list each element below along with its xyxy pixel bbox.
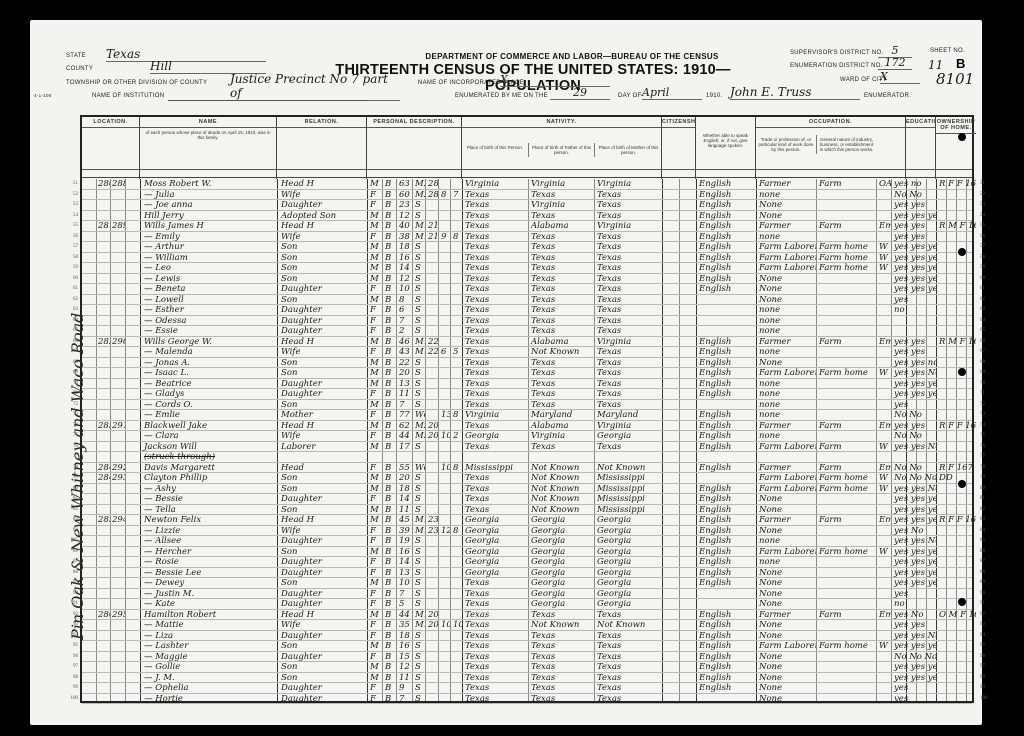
dwelling-number-cell: 285 <box>96 515 110 525</box>
mother-birthplace-cell: Texas <box>595 442 662 452</box>
line-number: 64 <box>980 318 996 323</box>
line-number: 51 <box>62 181 78 186</box>
years-married-cell <box>426 547 438 557</box>
children-born-cell <box>439 652 450 662</box>
children-born-cell <box>439 547 450 557</box>
race-cell: B <box>383 179 396 189</box>
employment-class-cell <box>877 358 891 368</box>
employment-class-cell: W <box>877 242 891 252</box>
ownership-cell <box>937 274 976 284</box>
father-birthplace-cell: Texas <box>529 232 594 242</box>
education-cell: yes yes <box>892 232 936 242</box>
family-number-cell: 289 <box>110 221 125 231</box>
father-birthplace-cell: Alabama <box>529 221 594 231</box>
line-number: 60 <box>62 276 78 281</box>
children-born-cell <box>439 515 450 525</box>
race-cell: B <box>383 211 396 221</box>
ownership-cell <box>937 652 976 662</box>
industry-cell: Farm home <box>817 641 876 651</box>
line-number: 92 <box>980 612 996 617</box>
children-living-cell: 8 <box>451 463 462 473</box>
industry-cell <box>817 589 876 599</box>
marital-status-cell: S <box>413 694 425 704</box>
ownership-cell <box>937 494 976 504</box>
children-born-cell <box>439 337 450 347</box>
children-born-cell <box>439 358 450 368</box>
family-number-cell: 288 <box>110 179 125 189</box>
table-row: — GladysDaughterFB11STexasTexasTexasEngl… <box>82 389 972 400</box>
mother-birthplace-cell: Georgia <box>595 557 662 567</box>
sex-cell: F <box>368 232 382 242</box>
table-row: — MaggieDaughterFB15STexasTexasTexasEngl… <box>82 652 972 663</box>
dwelling-number-cell <box>96 410 110 420</box>
father-birthplace-cell: Not Known <box>529 463 594 473</box>
education-cell: yes yes <box>892 347 936 357</box>
father-birthplace-cell: Georgia <box>529 547 594 557</box>
marital-status-cell: M1 <box>413 620 425 630</box>
industry-cell <box>817 652 876 662</box>
children-born-cell: 10 <box>439 463 450 473</box>
race-cell: B <box>383 200 396 210</box>
marital-status-cell: S <box>413 578 425 588</box>
age-cell: 10 <box>397 578 412 588</box>
state-label: STATE <box>66 53 86 59</box>
language-cell: English <box>697 484 756 494</box>
family-number-cell <box>110 673 125 683</box>
children-living-cell: 7 <box>451 190 462 200</box>
language-cell <box>697 589 756 599</box>
relation-cell: Daughter <box>279 389 365 399</box>
person-name-cell: — Clara <box>142 431 276 441</box>
race-cell: B <box>383 620 396 630</box>
line-number: 93 <box>980 622 996 627</box>
race-cell: B <box>383 316 396 326</box>
mother-birthplace-cell: Texas <box>595 673 662 683</box>
sex-cell: F <box>368 463 382 473</box>
industry-cell <box>817 620 876 630</box>
race-cell: B <box>383 400 396 410</box>
years-married-cell <box>426 599 438 609</box>
table-row: — Justin M.DaughterFB7STexasGeorgiaGeorg… <box>82 589 972 600</box>
father-birthplace-cell: Texas <box>529 673 594 683</box>
years-married-cell: 20 <box>426 421 438 431</box>
person-name-cell: — Odessa <box>142 316 276 326</box>
trade-cell: None <box>757 652 816 662</box>
line-number: 94 <box>980 633 996 638</box>
marital-status-cell: M2 <box>413 421 425 431</box>
ownership-cell <box>937 631 976 641</box>
trade-cell: none <box>757 410 816 420</box>
ownership-cell <box>937 641 976 651</box>
person-name-cell: (struck through) <box>142 452 276 462</box>
years-married-cell: 20 <box>426 620 438 630</box>
dwelling-number-cell <box>96 683 110 693</box>
employment-class-cell <box>877 673 891 683</box>
education-cell: yes <box>892 295 936 305</box>
line-number: 99 <box>980 685 996 690</box>
children-living-cell <box>451 631 462 641</box>
birthplace-cell: Texas <box>463 284 528 294</box>
trade-cell: Farm Laborer <box>757 641 816 651</box>
line-number: 77 <box>980 454 996 459</box>
trade-cell: None <box>757 526 816 536</box>
enumerated-label: ENUMERATED BY ME ON THE <box>455 93 548 99</box>
age-cell: 55 <box>397 463 412 473</box>
enumeration-district-label: ENUMERATION DISTRICT NO. <box>790 63 883 69</box>
language-cell <box>697 452 756 462</box>
family-number-cell: 291 <box>110 421 125 431</box>
birthplace-cell: Texas <box>463 263 528 273</box>
race-cell: B <box>383 652 396 662</box>
mother-birthplace-cell: Texas <box>595 326 662 336</box>
relation-cell: Wife <box>279 526 365 536</box>
sex-cell: M <box>368 610 382 620</box>
relation-cell: Mother <box>279 410 365 420</box>
line-number: 51 <box>980 181 996 186</box>
birthplace-cell: Texas <box>463 473 528 483</box>
language-cell <box>697 473 756 483</box>
children-born-cell <box>439 179 450 189</box>
employment-class-cell <box>877 389 891 399</box>
children-born-cell: 12 <box>439 526 450 536</box>
sex-cell: F <box>368 536 382 546</box>
punch-hole <box>958 133 966 141</box>
years-married-cell: 22 <box>426 347 438 357</box>
dwelling-number-cell <box>96 347 110 357</box>
ownership-cell <box>937 242 976 252</box>
children-born-cell <box>439 673 450 683</box>
relation-cell: Laborer <box>279 442 365 452</box>
years-married-cell <box>426 578 438 588</box>
relation-cell: Head H <box>279 610 365 620</box>
employment-class-cell <box>877 568 891 578</box>
father-birthplace-cell: Not Known <box>529 505 594 515</box>
children-living-cell <box>451 683 462 693</box>
ownership-cell <box>937 389 976 399</box>
education-cell: yes yes yes <box>892 505 936 515</box>
relation-cell: Son <box>279 400 365 410</box>
education-cell: yes yes yes <box>892 389 936 399</box>
ownership-cell <box>937 536 976 546</box>
employment-class-cell <box>877 620 891 630</box>
employment-class-cell <box>877 652 891 662</box>
children-born-cell: 13 <box>439 410 450 420</box>
children-living-cell <box>451 421 462 431</box>
sex-cell: M <box>368 263 382 273</box>
employment-class-cell <box>877 274 891 284</box>
ownership-cell <box>937 505 976 515</box>
age-cell: 11 <box>397 673 412 683</box>
father-birthplace-cell: Georgia <box>529 568 594 578</box>
line-number: 97 <box>980 664 996 669</box>
age-cell: 15 <box>397 652 412 662</box>
mother-birthplace-cell: Virginia <box>595 179 662 189</box>
family-number-cell <box>110 547 125 557</box>
person-name-cell: — Tella <box>142 505 276 515</box>
family-number-cell: 295 <box>110 610 125 620</box>
years-married-cell <box>426 484 438 494</box>
mother-birthplace-cell <box>595 452 662 462</box>
language-cell: English <box>697 379 756 389</box>
trade-cell: none <box>757 557 816 567</box>
stamp-number: 8101 <box>936 70 974 88</box>
language-cell: English <box>697 431 756 441</box>
marital-status-cell: M1 <box>413 515 425 525</box>
industry-cell <box>817 557 876 567</box>
race-cell: B <box>383 242 396 252</box>
line-number: 54 <box>980 213 996 218</box>
line-number: 90 <box>980 591 996 596</box>
language-cell: English <box>697 274 756 284</box>
children-born-cell <box>439 284 450 294</box>
marital-status-cell <box>413 452 425 462</box>
birthplace-cell: Virginia <box>463 179 528 189</box>
race-cell: B <box>383 610 396 620</box>
marital-status-cell: Wd <box>413 463 425 473</box>
employment-class-cell <box>877 526 891 536</box>
birthplace-cell: Georgia <box>463 536 528 546</box>
trade-cell: none <box>757 536 816 546</box>
age-cell: 45 <box>397 515 412 525</box>
children-living-cell <box>451 316 462 326</box>
age-cell: 23 <box>397 200 412 210</box>
employment-class-cell <box>877 232 891 242</box>
relation-cell: Daughter <box>279 305 365 315</box>
sex-cell: M <box>368 473 382 483</box>
line-number: 80 <box>980 486 996 491</box>
years-married-cell <box>426 463 438 473</box>
father-birthplace-cell: Not Known <box>529 484 594 494</box>
language-cell: English <box>697 610 756 620</box>
line-number: 67 <box>980 349 996 354</box>
mother-birthplace-cell: Georgia <box>595 589 662 599</box>
children-living-cell <box>451 305 462 315</box>
education-cell: yes yes yes <box>892 662 936 672</box>
years-married-cell <box>426 641 438 651</box>
dwelling-number-cell <box>96 557 110 567</box>
ownership-cell <box>937 211 976 221</box>
father-birthplace-cell: Texas <box>529 295 594 305</box>
children-living-cell <box>451 179 462 189</box>
birthplace-cell: Texas <box>463 442 528 452</box>
column-number-row <box>82 169 972 178</box>
employment-class-cell <box>877 305 891 315</box>
language-cell <box>697 326 756 336</box>
language-cell: English <box>697 641 756 651</box>
marital-status-cell: S <box>413 379 425 389</box>
person-name-cell: Davis Margarett <box>142 463 276 473</box>
years-married-cell <box>426 568 438 578</box>
age-cell <box>397 452 412 462</box>
years-married-cell <box>426 200 438 210</box>
trade-cell: None <box>757 683 816 693</box>
sex-cell: M <box>368 337 382 347</box>
language-cell <box>697 694 756 704</box>
sex-cell: M <box>368 253 382 263</box>
mother-birthplace-cell: Georgia <box>595 526 662 536</box>
father-birthplace-cell: Texas <box>529 253 594 263</box>
table-row: — BenetaDaughterFB10STexasTexasTexasEngl… <box>82 284 972 295</box>
race-cell: B <box>383 473 396 483</box>
race-cell: B <box>383 421 396 431</box>
ownership-cell: R F F 166 <box>937 421 976 431</box>
marital-status-cell: S <box>413 631 425 641</box>
ownership-cell <box>937 326 976 336</box>
education-cell: yes yes yes <box>892 263 936 273</box>
age-cell: 19 <box>397 536 412 546</box>
marital-status-cell: M1 <box>413 337 425 347</box>
relation-cell: Daughter <box>279 568 365 578</box>
census-table: LOCATION. NAMEof each person whose place… <box>80 115 974 703</box>
employment-class-cell: OA <box>877 179 891 189</box>
children-living-cell <box>451 473 462 483</box>
relation-cell: Daughter <box>279 652 365 662</box>
person-name-cell: — Bessie <box>142 494 276 504</box>
table-row: 283291Blackwell JakeHead HMB62M220TexasA… <box>82 421 972 432</box>
age-cell: 62 <box>397 421 412 431</box>
children-born-cell <box>439 421 450 431</box>
sex-cell: M <box>368 547 382 557</box>
person-name-cell: Jackson Will <box>142 442 276 452</box>
language-cell: English <box>697 442 756 452</box>
employment-class-cell <box>877 662 891 672</box>
education-cell: yes yes No <box>892 442 936 452</box>
line-number: 59 <box>62 265 78 270</box>
table-row: — AshySonMB18STexasNot KnownMississippiE… <box>82 484 972 495</box>
relation-cell: Daughter <box>279 379 365 389</box>
language-cell <box>697 305 756 315</box>
industry-cell <box>817 578 876 588</box>
relation-cell: Daughter <box>279 631 365 641</box>
trade-cell: Farmer <box>757 515 816 525</box>
line-number: 61 <box>62 286 78 291</box>
father-birthplace-cell: Texas <box>529 242 594 252</box>
children-born-cell <box>439 368 450 378</box>
person-name-cell: — Justin M. <box>142 589 276 599</box>
relation-cell <box>279 452 365 462</box>
mother-birthplace-cell: Texas <box>595 295 662 305</box>
ownership-cell: R F 167 <box>937 463 976 473</box>
ownership-cell <box>937 200 976 210</box>
industry-cell: Farm <box>817 610 876 620</box>
employment-class-cell <box>877 211 891 221</box>
age-cell: 43 <box>397 347 412 357</box>
education-cell: No No <box>892 431 936 441</box>
family-number-cell <box>110 200 125 210</box>
children-living-cell <box>451 358 462 368</box>
mother-birthplace-cell: Texas <box>595 662 662 672</box>
marital-status-cell: Wd <box>413 410 425 420</box>
age-cell: 46 <box>397 337 412 347</box>
children-born-cell <box>439 242 450 252</box>
family-number-cell <box>110 694 125 704</box>
race-cell: B <box>383 358 396 368</box>
industry-cell: Farm <box>817 515 876 525</box>
dwelling-number-cell <box>96 641 110 651</box>
children-born-cell: 8 <box>439 190 450 200</box>
employment-class-cell <box>877 694 891 704</box>
relation-cell: Son <box>279 274 365 284</box>
dwelling-number-cell <box>96 305 110 315</box>
trade-cell: None <box>757 662 816 672</box>
person-name-cell: Moss Robert W. <box>142 179 276 189</box>
sex-cell: F <box>368 389 382 399</box>
father-birthplace-cell: Georgia <box>529 526 594 536</box>
age-cell: 22 <box>397 358 412 368</box>
ownership-cell <box>937 526 976 536</box>
children-born-cell <box>439 505 450 515</box>
education-cell <box>892 316 936 326</box>
table-row: — Joe annaDaughterFB23STexasVirginiaTexa… <box>82 200 972 211</box>
trade-cell: None <box>757 599 816 609</box>
person-name-cell: Hamilton Robert <box>142 610 276 620</box>
table-row: — OpheliaDaughterFB9STexasTexasTexasEngl… <box>82 683 972 694</box>
line-number: 86 <box>980 549 996 554</box>
children-living-cell <box>451 284 462 294</box>
children-born-cell <box>439 379 450 389</box>
month-value: April <box>642 86 702 100</box>
dwelling-number-cell <box>96 263 110 273</box>
children-living-cell <box>451 589 462 599</box>
employment-class-cell: Emp <box>877 515 891 525</box>
trade-cell: None <box>757 568 816 578</box>
sex-cell: M <box>368 442 382 452</box>
children-living-cell <box>451 253 462 263</box>
birthplace-cell: Texas <box>463 694 528 704</box>
table-row: — Jonas A.SonMB22STexasTexasTexasEnglish… <box>82 358 972 369</box>
children-living-cell <box>451 578 462 588</box>
language-cell: English <box>697 662 756 672</box>
relation-cell: Head H <box>279 221 365 231</box>
relation-cell: Son <box>279 641 365 651</box>
children-living-cell <box>451 662 462 672</box>
person-name-cell: — Isaac L. <box>142 368 276 378</box>
employment-class-cell <box>877 599 891 609</box>
table-row: — ArthurSonMB18STexasTexasTexasEnglishFa… <box>82 242 972 253</box>
education-cell: No No <box>892 463 936 473</box>
race-cell: B <box>383 494 396 504</box>
family-number-cell: 292 <box>110 463 125 473</box>
table-row: — LowellSonMB8STexasTexasTexasNoneyes <box>82 295 972 306</box>
person-name-cell: Wills James H <box>142 221 276 231</box>
sex-cell: F <box>368 599 382 609</box>
years-married-cell <box>426 379 438 389</box>
race-cell: B <box>383 694 396 704</box>
line-number: 54 <box>62 213 78 218</box>
family-number-cell <box>110 652 125 662</box>
dwelling-number-cell <box>96 505 110 515</box>
table-row: Jackson WillLaborerMB17STexasTexasTexasE… <box>82 442 972 453</box>
children-living-cell <box>451 515 462 525</box>
person-name-cell: — Esther <box>142 305 276 315</box>
children-born-cell <box>439 578 450 588</box>
marital-status-cell: S <box>413 547 425 557</box>
enumeration-district-value: 172 <box>878 56 912 70</box>
children-born-cell <box>439 494 450 504</box>
birthplace-cell: Texas <box>463 641 528 651</box>
sex-cell: F <box>368 694 382 704</box>
years-married-cell: 20 <box>426 610 438 620</box>
father-birthplace-cell: Texas <box>529 263 594 273</box>
father-birthplace-cell: Georgia <box>529 557 594 567</box>
children-born-cell <box>439 389 450 399</box>
ownership-cell <box>937 232 976 242</box>
birthplace-cell: Texas <box>463 326 528 336</box>
line-number: 96 <box>62 654 78 659</box>
race-cell: B <box>383 641 396 651</box>
children-born-cell <box>439 536 450 546</box>
children-born-cell <box>439 589 450 599</box>
